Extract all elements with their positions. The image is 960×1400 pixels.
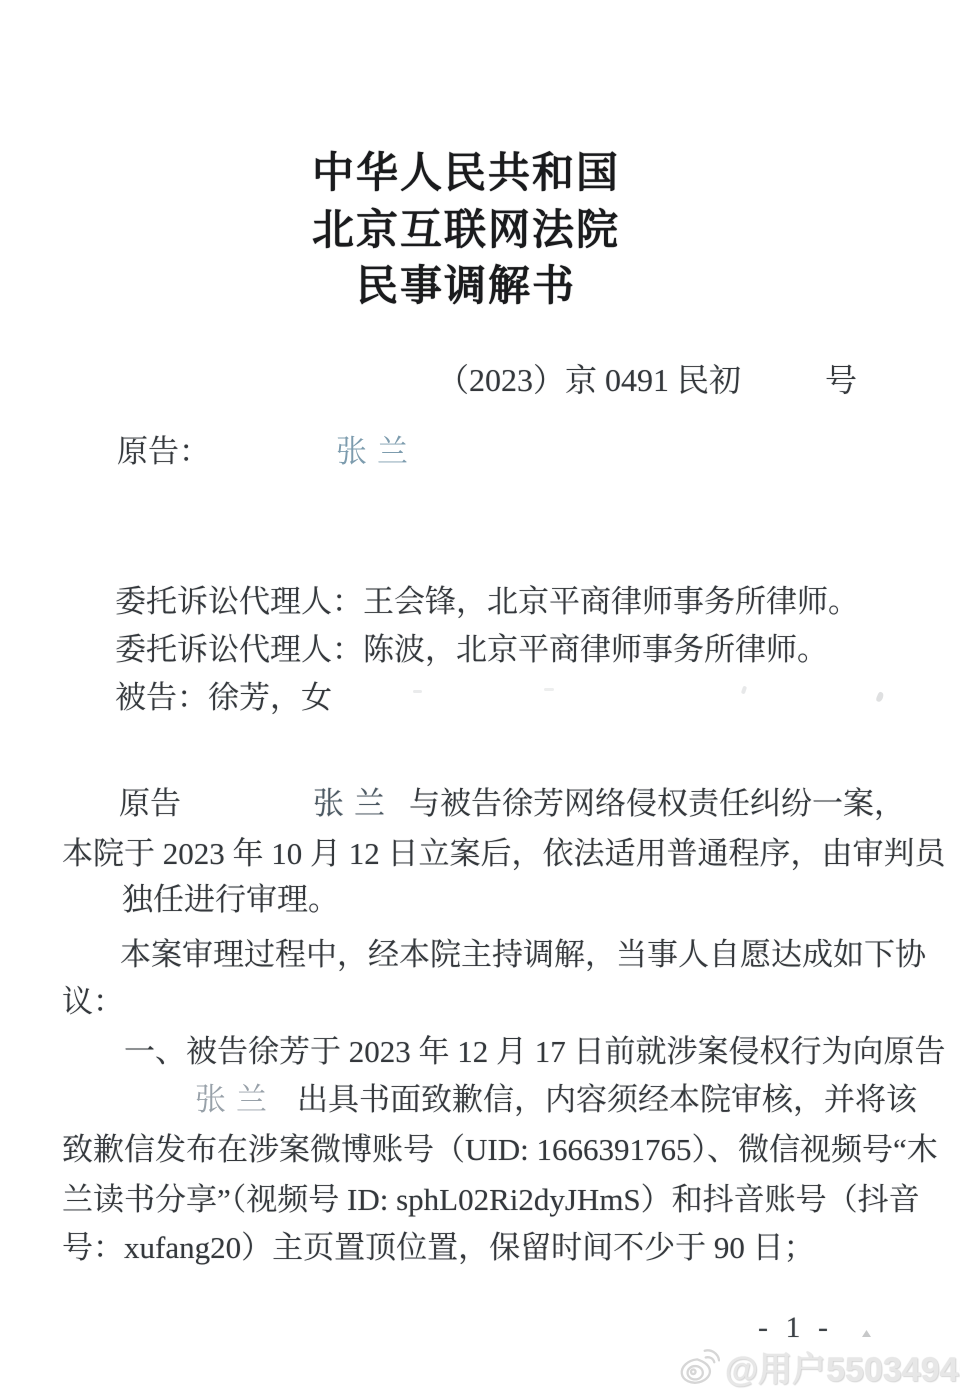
paragraph3-line1: 一、被告徐芳于 2023 年 12 月 17 日前就涉案侵权行为向原告 — [124, 1028, 946, 1076]
scan-noise-speck — [544, 688, 554, 691]
paragraph3-line2: 张兰出具书面致歉信，内容须经本院审核，并将该 — [62, 1076, 917, 1124]
scan-noise-speck — [741, 686, 747, 695]
watermark-username: @用户5503494558 — [725, 1342, 960, 1391]
weibo-watermark: @用户5503494558 — [678, 1342, 960, 1391]
scan-noise-speck — [862, 1330, 871, 1337]
paragraph3-line2-rest: 出具书面致歉信，内容须经本院审核，并将该 — [297, 1082, 917, 1117]
paragraph1-line1-rest: 与被告徐芳网络侵权责任纠纷一案， — [409, 786, 905, 821]
scan-noise-speck — [413, 690, 422, 693]
paragraph1-line1: 原告张兰与被告徐芳网络侵权责任纠纷一案， — [119, 780, 905, 828]
paragraph3-line4: 兰读书分享”（视频号 ID: sphL02Ri2dyJHmS）和抖音账号（抖音 — [62, 1176, 920, 1224]
paragraph2-line2: 议： — [62, 978, 124, 1026]
paragraph1-line3: 独任进行审理。 — [122, 876, 339, 924]
case-number: （2023）京 0491 民初号 — [437, 356, 857, 404]
plaintiff-label: 原告： — [117, 434, 210, 469]
case-number-prefix: （2023）京 0491 民初 — [437, 362, 741, 398]
document-title-country: 中华人民共和国 — [0, 146, 932, 202]
paragraph3-line5: 号：xufang20）主页置顶位置，保留时间不少于 90 日； — [62, 1224, 815, 1272]
paragraph3-plaintiff-name: 张兰 — [195, 1082, 277, 1117]
plaintiff-line: 原告：张兰 — [117, 428, 418, 476]
paragraph1-prefix: 原告 — [119, 786, 181, 821]
paragraph1-plaintiff-name: 张兰 — [313, 786, 395, 821]
document-title-court: 北京互联网法院 — [0, 203, 932, 259]
defendant-line: 被告：徐芳，女 — [115, 674, 332, 722]
agent-line-1: 委托诉讼代理人：王会锋，北京平商律师事务所律师。 — [115, 578, 859, 626]
court-document-page: 中华人民共和国 北京互联网法院 民事调解书 （2023）京 0491 民初号 原… — [0, 0, 960, 1400]
paragraph2-line1: 本案审理过程中，经本院主持调解，当事人自愿达成如下协 — [120, 931, 926, 979]
agent-line-2: 委托诉讼代理人：陈波，北京平商律师事务所律师。 — [115, 626, 828, 674]
scan-noise-speck — [875, 691, 884, 703]
case-number-suffix: 号 — [825, 362, 857, 398]
paragraph1-line2: 本院于 2023 年 10 月 12 日立案后，依法适用普通程序，由审判员 — [62, 830, 946, 878]
plaintiff-name: 张兰 — [336, 434, 418, 469]
weibo-logo-icon — [678, 1346, 720, 1388]
paragraph3-line3: 致歉信发布在涉案微博账号（UID: 1666391765）、微信视频号“木 — [62, 1126, 938, 1174]
document-title-type: 民事调解书 — [0, 259, 932, 315]
